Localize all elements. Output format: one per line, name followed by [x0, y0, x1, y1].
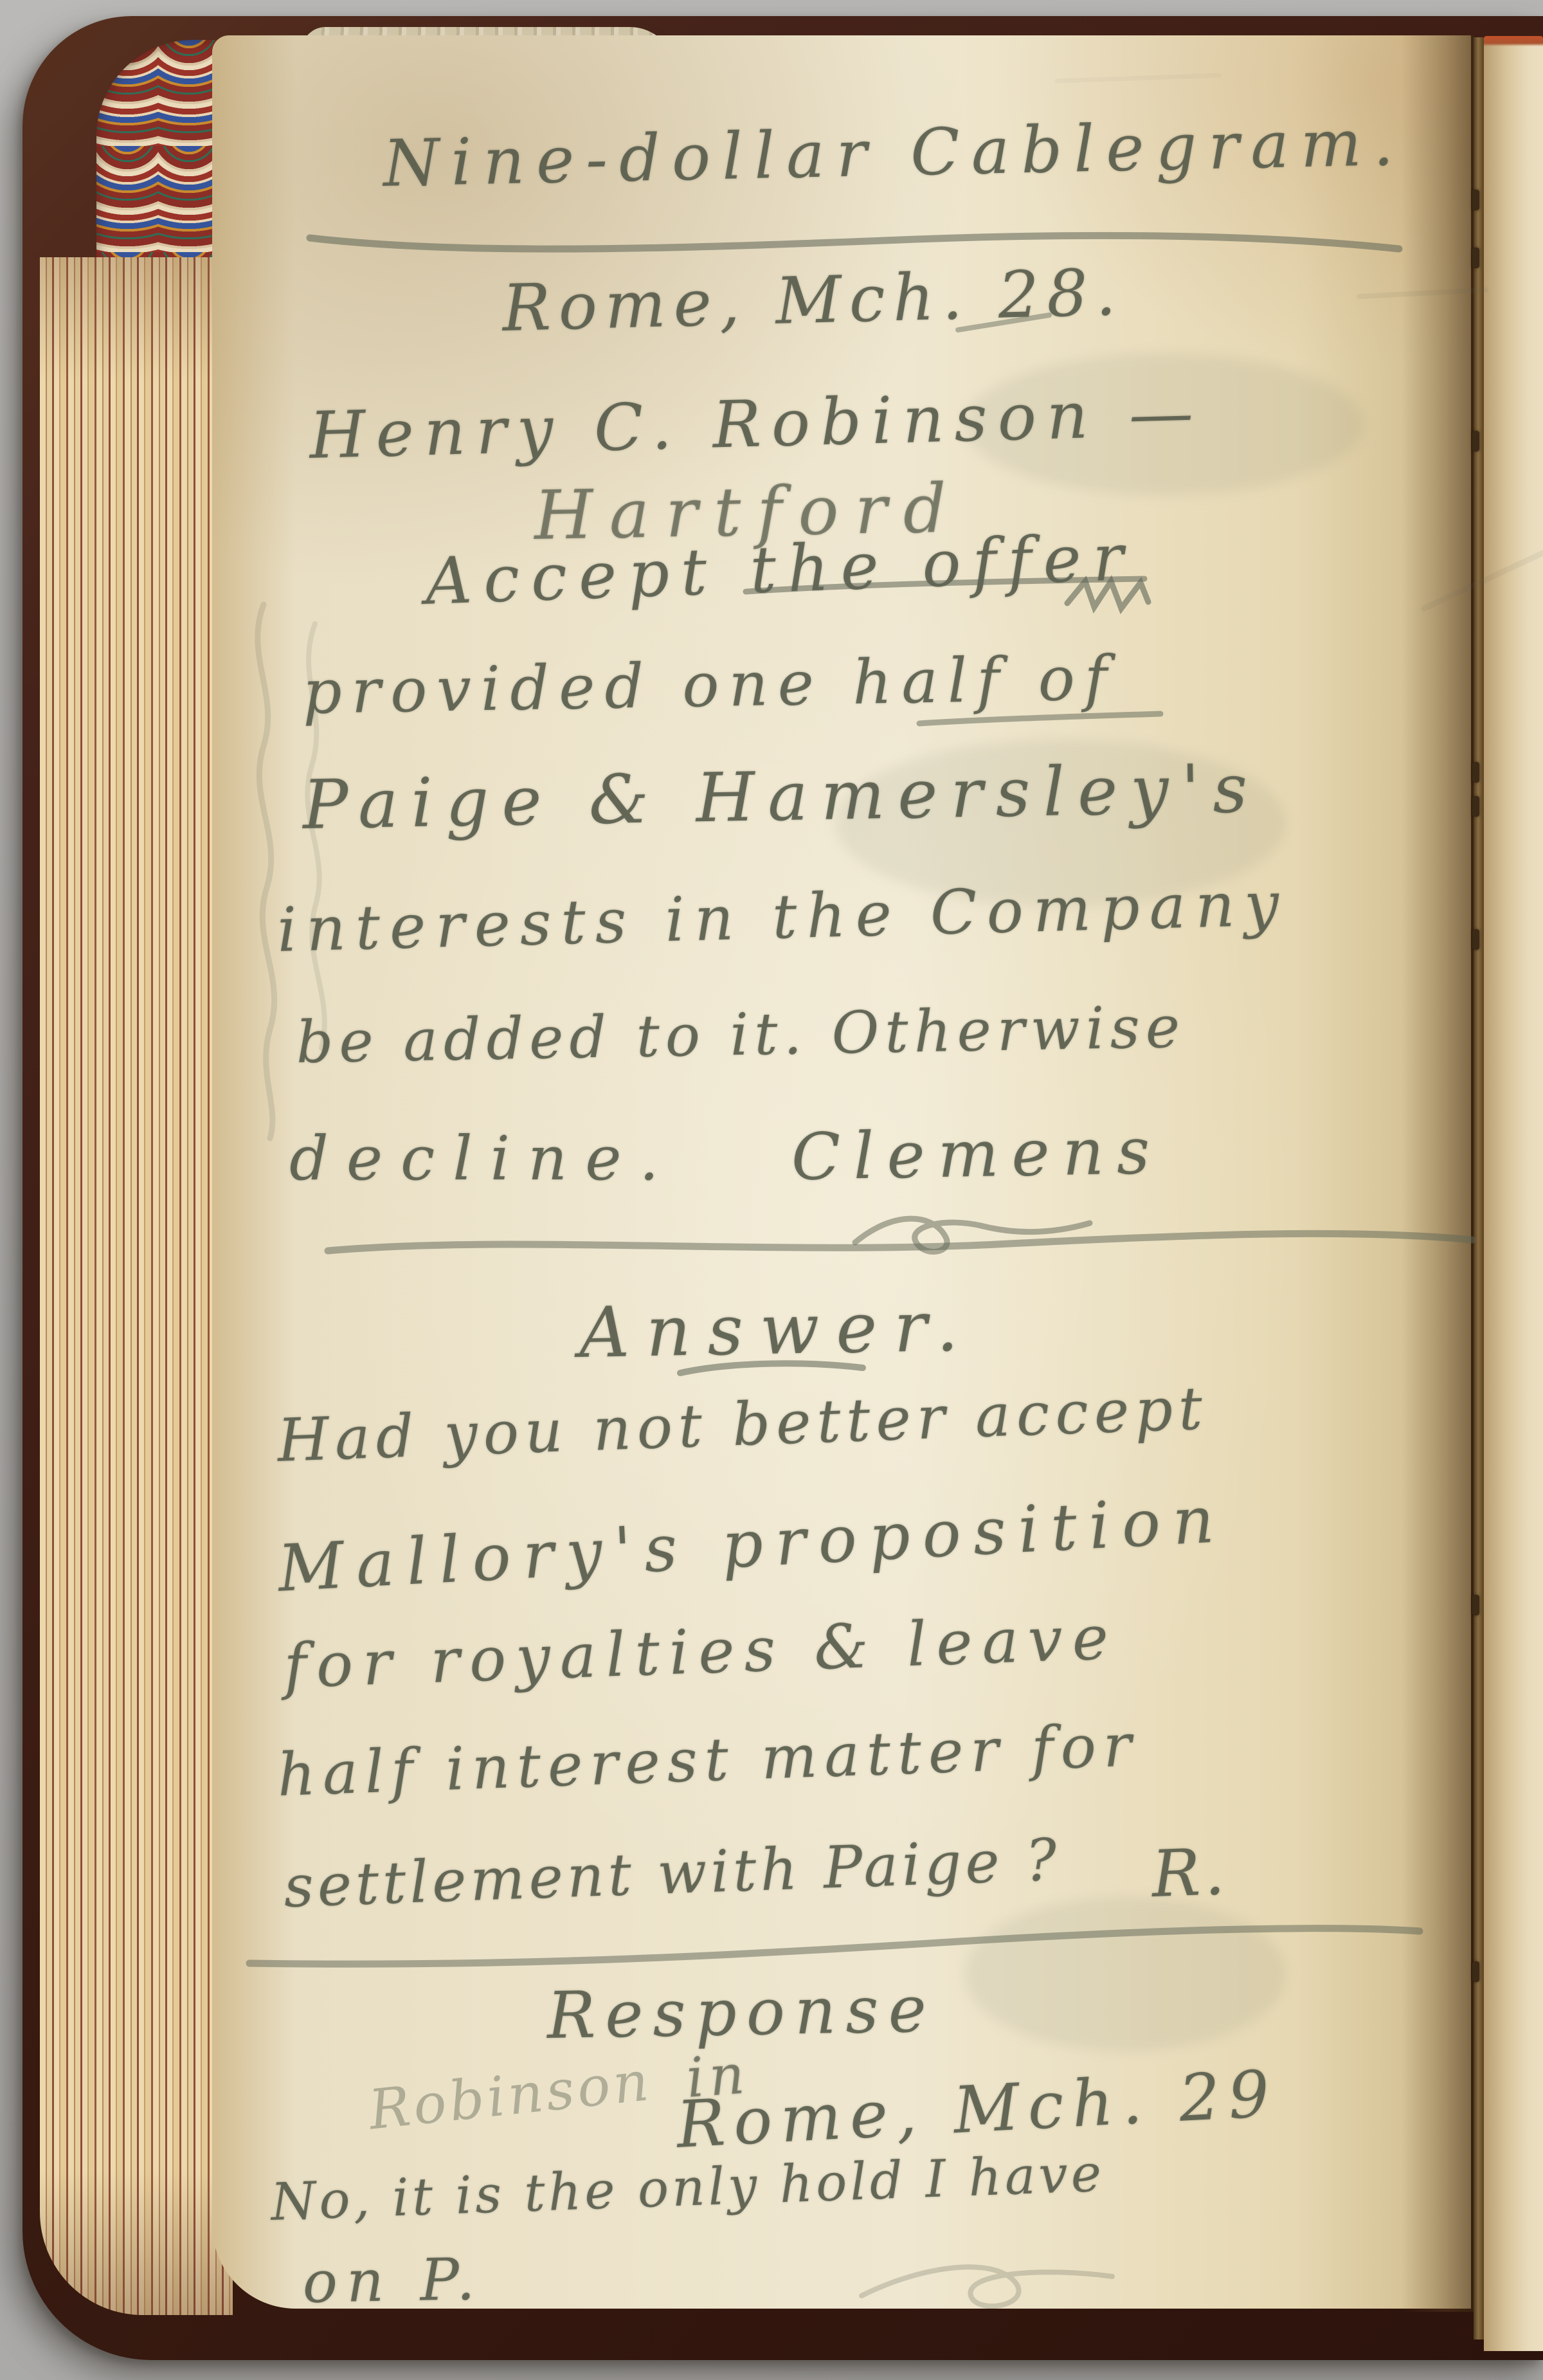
section-divider-stroke	[244, 1913, 1427, 1977]
facing-page-sliver	[1484, 42, 1543, 2351]
cablegram-line: decline.	[289, 1129, 677, 1190]
binding-stitch	[1472, 762, 1479, 783]
binding-stitch	[1472, 190, 1479, 210]
notebook-photograph: Nine-dollar Cablegram. Rome, Mch. 28. He…	[0, 0, 1543, 2380]
closing-flourish-stroke	[849, 2238, 1125, 2334]
section-divider-stroke	[321, 1215, 1479, 1273]
answer-underline-stroke	[675, 1354, 868, 1383]
binding-stitch	[1472, 929, 1479, 950]
facing-page-top-edge	[1484, 36, 1543, 46]
cablegram-line: be added to it. Otherwise	[296, 999, 1186, 1072]
title-underline-stroke	[302, 215, 1408, 267]
response-heading: Response	[546, 1977, 937, 2048]
cablegram-line: Paige & Hamersley's	[302, 755, 1261, 839]
binding-stitch	[1472, 1595, 1479, 1615]
date-overwrite-stroke	[952, 301, 1061, 346]
binding-stitch	[1472, 431, 1479, 451]
strikeout-offer-stroke	[733, 553, 1196, 650]
strikeout-half-of-stroke	[913, 701, 1170, 740]
answer-signature-initial: R.	[1151, 1840, 1230, 1907]
binding-stitch	[1472, 1961, 1479, 1982]
response-line: on P.	[302, 2251, 484, 2312]
gutter-crease	[1474, 37, 1484, 2339]
binding-stitch	[1472, 796, 1479, 817]
binding-stitch	[1472, 248, 1479, 268]
page-edge-stack	[40, 257, 233, 2315]
cablegram-signature: Clemens	[791, 1119, 1163, 1190]
